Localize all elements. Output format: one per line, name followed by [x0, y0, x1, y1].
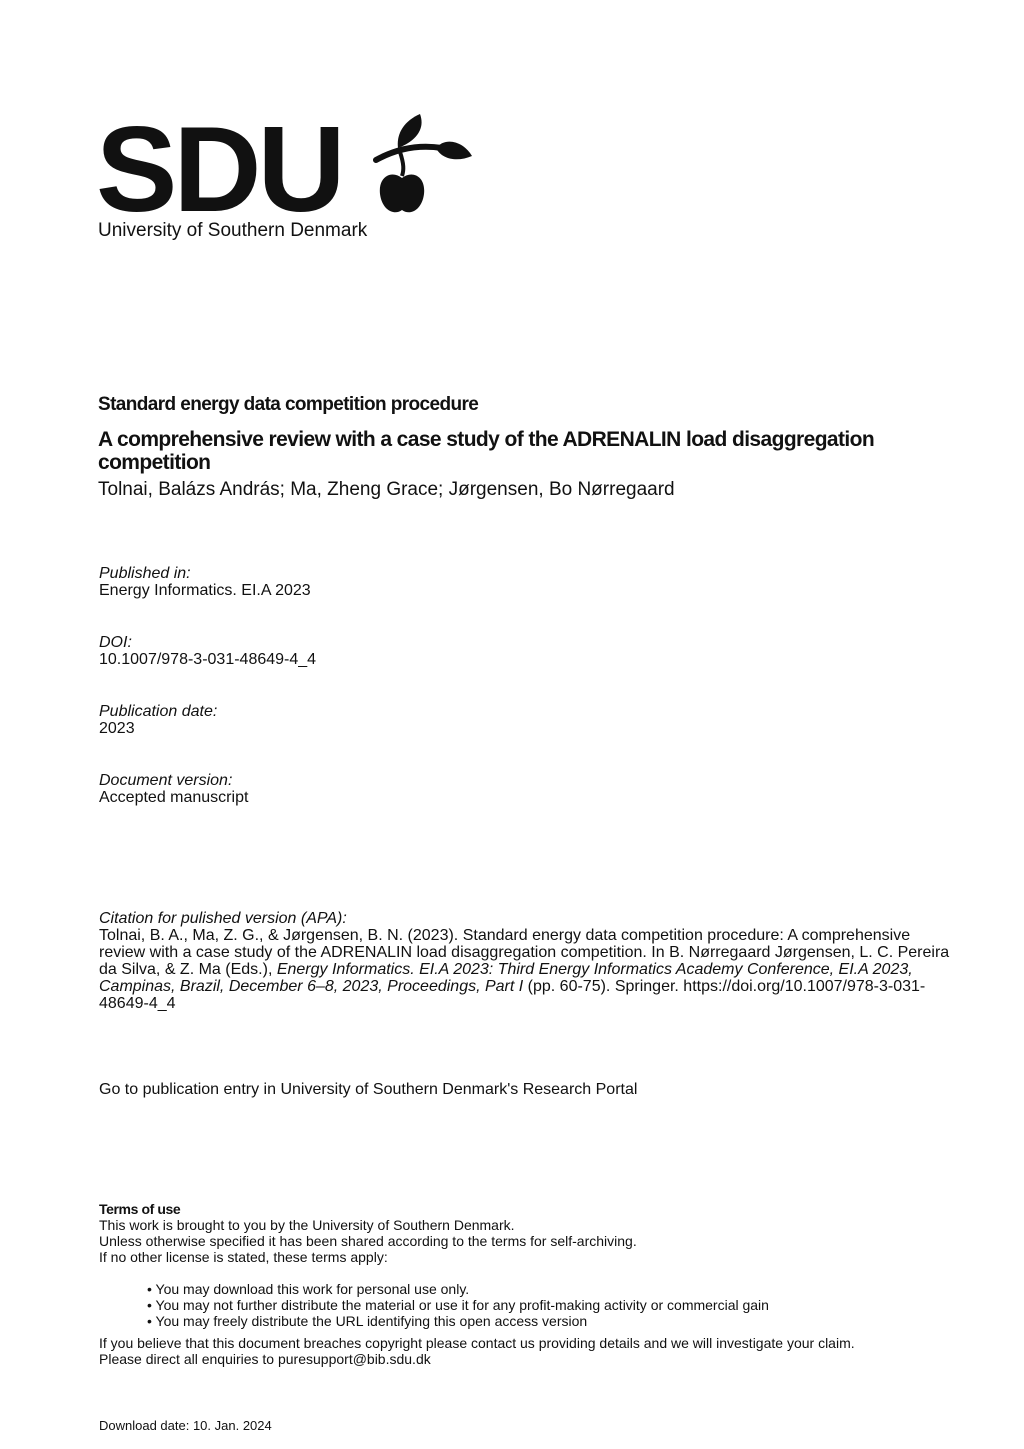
- document-title: Standard energy data competition procedu…: [98, 394, 478, 416]
- terms-bullet: You may not further distribute the mater…: [147, 1297, 959, 1313]
- publication-date: Publication date: 2023: [99, 703, 217, 737]
- published-in-label: Published in:: [99, 565, 311, 582]
- research-portal-link[interactable]: Go to publication entry in University of…: [99, 1081, 637, 1099]
- document-subtitle: A comprehensive review with a case study…: [98, 428, 938, 474]
- doi: DOI: 10.1007/978-3-031-48649-4_4: [99, 634, 316, 668]
- authors: Tolnai, Balázs András; Ma, Zheng Grace; …: [98, 479, 675, 501]
- citation-text: Tolnai, B. A., Ma, Z. G., & Jørgensen, B…: [99, 927, 959, 1012]
- terms-bullets: You may download this work for personal …: [99, 1281, 959, 1329]
- citation-label: Citation for pulished version (APA):: [99, 910, 959, 927]
- document-version-label: Document version:: [99, 772, 248, 789]
- university-name: University of Southern Denmark: [98, 220, 367, 242]
- terms-bullet: You may download this work for personal …: [147, 1281, 959, 1297]
- doi-value: 10.1007/978-3-031-48649-4_4: [99, 651, 316, 668]
- apple-branch-icon: [354, 112, 479, 217]
- terms-line: This work is brought to you by the Unive…: [99, 1217, 959, 1233]
- terms-of-use: Terms of use This work is brought to you…: [99, 1201, 959, 1367]
- published-in: Published in: Energy Informatics. EI.A 2…: [99, 565, 311, 599]
- sdu-logo-text: SDU: [96, 108, 342, 230]
- terms-footer: If you believe that this document breach…: [99, 1335, 959, 1351]
- terms-bullet: You may freely distribute the URL identi…: [147, 1313, 959, 1329]
- publication-date-label: Publication date:: [99, 703, 217, 720]
- download-date: Download date: 10. Jan. 2024: [99, 1418, 272, 1433]
- terms-line: Unless otherwise specified it has been s…: [99, 1233, 959, 1249]
- publication-date-value: 2023: [99, 720, 217, 737]
- terms-heading: Terms of use: [99, 1201, 959, 1217]
- document-version-value: Accepted manuscript: [99, 789, 248, 806]
- citation: Citation for pulished version (APA): Tol…: [99, 910, 959, 1012]
- document-version: Document version: Accepted manuscript: [99, 772, 248, 806]
- terms-line: If no other license is stated, these ter…: [99, 1249, 959, 1265]
- doi-label: DOI:: [99, 634, 316, 651]
- terms-footer: Please direct all enquiries to puresuppo…: [99, 1351, 959, 1367]
- published-in-value: Energy Informatics. EI.A 2023: [99, 582, 311, 599]
